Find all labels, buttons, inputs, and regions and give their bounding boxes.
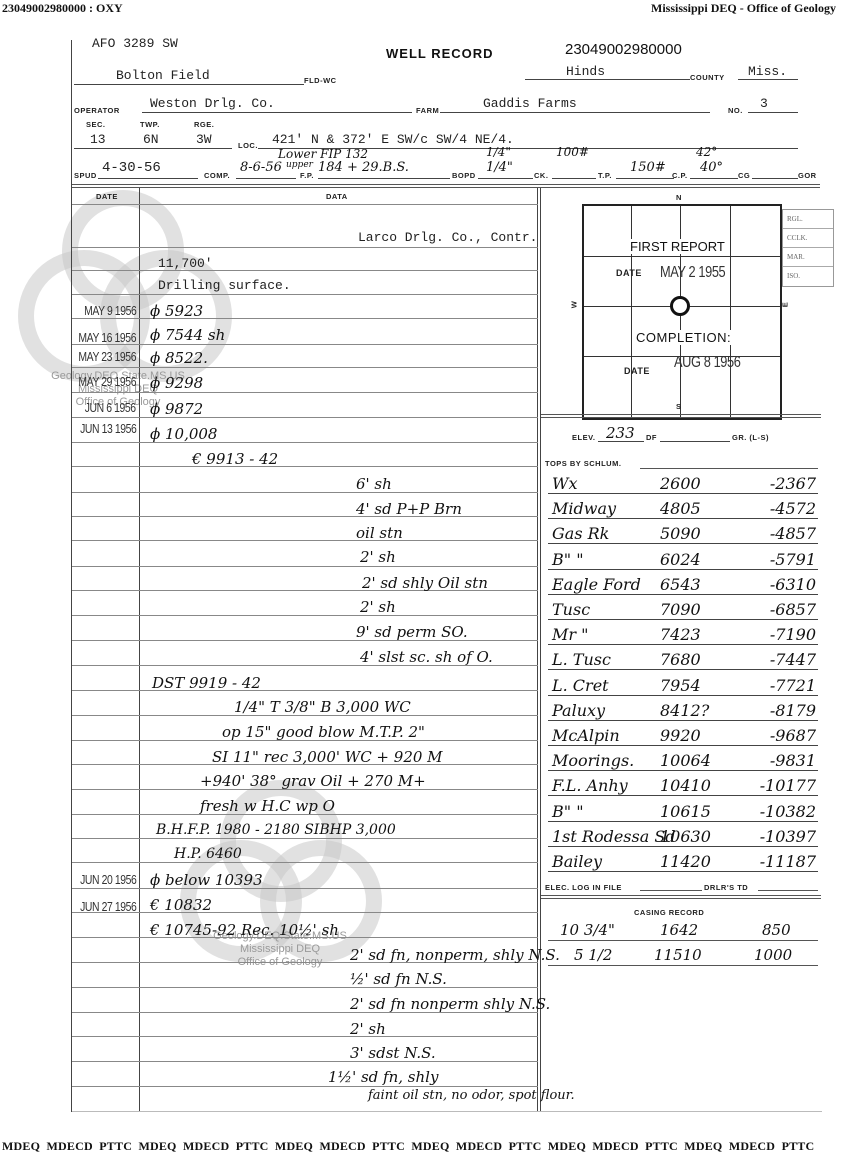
cp-label: C.P. (672, 171, 688, 180)
log-rule-line (72, 442, 538, 443)
file-reference: AFO 3289 SW (92, 36, 178, 51)
log-data: ϕ below 10393 (150, 871, 263, 889)
formation-top-row: B" "10615-10382 (548, 796, 818, 822)
formation-subsea: -5791 (770, 550, 816, 569)
rge-label: RGE. (194, 120, 214, 129)
log-date-stamp: MAY 23 1956 (78, 349, 136, 364)
log-date-stamp: JUN 20 1956 (80, 872, 136, 887)
log-data: H.P. 6460 (174, 846, 242, 862)
tp-upper-note: 100# (556, 145, 589, 159)
formation-top-row: Tusc7090-6857 (548, 594, 818, 620)
drlr-td-label: DRLR'S TD (704, 883, 748, 892)
twp-label: TWP. (140, 120, 160, 129)
spud-label: SPUD (74, 171, 97, 180)
formation-depth: 8412? (660, 701, 709, 720)
formation-subsea: -4857 (770, 524, 816, 543)
log-data: faint oil stn, no odor, spot flour. (368, 1088, 575, 1103)
formation-top-row: B" "6024-5791 (548, 544, 818, 570)
formation-name: Bailey (552, 852, 602, 871)
farm-value: Gaddis Farms (483, 96, 577, 111)
log-data: ϕ 9872 (150, 400, 203, 418)
formation-name: McAlpin (552, 726, 620, 745)
log-data: € 10832 (150, 896, 212, 914)
formation-top-row: L. Cret7954-7721 (548, 670, 818, 696)
formation-subsea: -7447 (770, 650, 816, 669)
date-column-header: DATE (96, 192, 118, 201)
formation-depth: 10615 (660, 802, 711, 821)
tp-value: 150# (630, 160, 666, 175)
comp-label: COMP. (204, 171, 230, 180)
log-data: 2' sh (360, 548, 396, 566)
api-number: 23049002980000 (565, 41, 682, 58)
formation-top-row: Eagle Ford6543-6310 (548, 569, 818, 595)
formation-name: 1st Rodessa Sd (552, 827, 676, 846)
log-rule-line (72, 204, 538, 205)
gor-label: GOR (798, 171, 817, 180)
first-report-date-label: DATE (616, 268, 642, 278)
log-rule-line (72, 888, 538, 889)
log-rule-line (72, 492, 538, 493)
formation-depth: 11420 (660, 852, 711, 871)
review-checklist: RGL. CCLK. MAR. ISO. (782, 209, 834, 287)
map-north-label: N (676, 193, 682, 202)
county-label: COUNTY (690, 73, 725, 82)
formation-top-row: F.L. Anhy10410-10177 (548, 770, 818, 796)
checklist-iso: ISO. (783, 267, 833, 285)
farm-label: FARM (416, 106, 439, 115)
log-data: 2' sh (360, 598, 396, 616)
completion-label: COMPLETION: (634, 330, 733, 345)
formation-name: B" " (552, 802, 584, 821)
casing-sacks: 850 (762, 921, 791, 939)
field-label: FLD-WC (304, 76, 337, 85)
formation-subsea: -9687 (770, 726, 816, 745)
formation-depth: 7090 (660, 600, 701, 619)
formation-subsea: -10177 (760, 776, 816, 795)
log-rule-line (72, 1036, 538, 1037)
formation-subsea: -10397 (760, 827, 816, 846)
formation-subsea: -6857 (770, 600, 816, 619)
loc-label: LOC. (238, 141, 258, 150)
elec-log-label: ELEC. LOG IN FILE (545, 883, 622, 892)
formation-depth: 10410 (660, 776, 711, 795)
log-data: € 10745-92 Rec. 10½' sh (150, 921, 339, 939)
county-value: Hinds (566, 64, 605, 79)
location-plat-map: FIRST REPORT DATE MAY 2 1955 COMPLETION:… (582, 204, 782, 420)
log-rule-line (72, 1061, 538, 1062)
sec-label: SEC. (86, 120, 106, 129)
agency-banner: Mississippi DEQ - Office of Geology (651, 1, 836, 16)
log-data: oil stn (356, 524, 403, 542)
formation-subsea: -4572 (770, 499, 816, 518)
log-data: ϕ 5923 (150, 302, 203, 320)
log-rule-line (72, 566, 538, 567)
bopd-value: 1/4" (486, 160, 513, 175)
log-rule-line (72, 417, 538, 418)
completion-date: AUG 8 1956 (674, 354, 740, 372)
log-data: ½' sd fn N.S. (350, 970, 447, 988)
formation-name: Paluxy (552, 701, 605, 720)
formation-name: Eagle Ford (552, 575, 641, 594)
log-data: 2' sh (350, 1020, 386, 1038)
casing-size: 10 3/4" (560, 921, 615, 939)
log-rule-line (72, 615, 538, 616)
formation-depth: 4805 (660, 499, 701, 518)
log-data: ϕ 8522. (150, 349, 208, 367)
log-data: 2' sd shly Oil stn (362, 574, 488, 592)
cp-upper-note: 42° (696, 145, 717, 159)
log-data: +940' 38° grav Oil + 270 M+ (200, 772, 426, 790)
document-id-banner: 23049002980000 : OXY (2, 1, 123, 16)
checklist-rgl: RGL. (783, 210, 833, 229)
log-data: 2' sd fn, nonperm, shly N.S. (350, 946, 560, 964)
log-rule-line (72, 640, 538, 641)
formation-top-row: Mr "7423-7190 (548, 619, 818, 645)
operator-label: OPERATOR (74, 106, 120, 115)
well-location-marker-icon (670, 296, 690, 316)
log-data: 1/4" T 3/8" B 3,000 WC (234, 698, 411, 716)
log-rule-line (72, 690, 538, 691)
data-column-header: DATA (326, 192, 348, 201)
log-date-stamp: MAY 9 1956 (84, 303, 136, 318)
formation-top-row: 1st Rodessa Sd10630-10397 (548, 821, 818, 847)
log-rule-line (72, 1086, 538, 1087)
log-date-stamp: JUN 13 1956 (80, 421, 136, 436)
cg-label: CG (738, 171, 750, 180)
formation-top-row: McAlpin9920-9687 (548, 720, 818, 746)
log-rule-line (72, 367, 538, 368)
log-data: 4' sd P+P Brn (356, 500, 462, 518)
checklist-mar: MAR. (783, 248, 833, 267)
lower-fp-note: Lower FIP 132 (278, 147, 368, 161)
log-data: 9' sd perm SO. (356, 623, 468, 641)
log-data: op 15" good blow M.T.P. 2" (222, 723, 425, 741)
loc-value: 421' N & 372' E SW/c SW/4 NE/4. (272, 132, 514, 147)
log-date-stamp: MAY 16 1956 (78, 330, 136, 345)
casing-sacks: 1000 (754, 946, 792, 964)
log-rule-line (72, 344, 538, 345)
operator-value: Weston Drlg. Co. (150, 96, 275, 111)
formation-depth: 6543 (660, 575, 701, 594)
comp-date: 8-6-56 (240, 160, 282, 175)
map-east-label: E (780, 302, 789, 308)
log-rule-line (72, 318, 538, 319)
fp-label: F.P. (300, 171, 314, 180)
log-date-stamp: JUN 27 1956 (80, 899, 136, 914)
log-data: 6' sh (356, 475, 392, 493)
formation-subsea: -10382 (760, 802, 816, 821)
formation-subsea: -6310 (770, 575, 816, 594)
log-data: 1½' sd fn, shly (328, 1068, 438, 1086)
formation-top-row: Wx2600-2367 (548, 468, 818, 494)
spud-date: 4-30-56 (102, 160, 161, 176)
log-data: ϕ 9298 (150, 374, 203, 392)
formation-depth: 6024 (660, 550, 701, 569)
sec-value: 13 (90, 132, 106, 147)
log-rule-line (72, 466, 538, 467)
well-no-value: 3 (760, 96, 768, 111)
formation-subsea: -8179 (770, 701, 816, 720)
gr-label: GR. (L-S) (732, 433, 769, 442)
log-rule-line (72, 540, 538, 541)
form-title: WELL RECORD (386, 46, 494, 61)
log-rule-line (72, 270, 538, 271)
log-rule-line (72, 392, 538, 393)
formation-depth: 2600 (660, 474, 701, 493)
log-data: Larco Drlg. Co., Contr. (358, 230, 537, 245)
formation-name: Midway (552, 499, 616, 518)
log-data: 3' sdst N.S. (350, 1044, 436, 1062)
log-data: 11,700' (158, 256, 213, 271)
log-rule-line (72, 516, 538, 517)
footer-agency-strip: MDEQ MDECD PTTC MDEQ MDECD PTTC MDEQ MDE… (2, 1139, 814, 1154)
formation-subsea: -2367 (770, 474, 816, 493)
formation-top-row: Bailey11420-11187 (548, 846, 818, 872)
formation-top-row: Midway4805-4572 (548, 493, 818, 519)
formation-name: Wx (552, 474, 577, 493)
log-date-stamp: JUN 6 1956 (85, 400, 136, 415)
log-data: fresh w H.C wp O (200, 797, 335, 815)
formation-name: Moorings. (552, 751, 634, 770)
formation-top-row: Gas Rk5090-4857 (548, 518, 818, 544)
field-name: Bolton Field (116, 68, 210, 83)
log-rule-line (72, 247, 538, 248)
log-data: DST 9919 - 42 (152, 674, 261, 692)
bopd-label: BOPD (452, 171, 476, 180)
casing-depth: 1642 (660, 921, 698, 939)
elev-value: 233 (606, 424, 635, 442)
df-label: DF (646, 433, 657, 442)
elev-label: ELEV. (572, 433, 595, 442)
log-data: ϕ 10,008 (150, 425, 217, 443)
formation-depth: 7680 (660, 650, 701, 669)
tops-label: TOPS BY SCHLUM. (545, 459, 621, 468)
ck-label: CK. (534, 171, 548, 180)
twp-value: 6N (143, 132, 159, 147)
formation-depth: 7954 (660, 676, 701, 695)
formation-depth: 10064 (660, 751, 711, 770)
first-report-label: FIRST REPORT (628, 239, 727, 254)
log-rule-line (72, 987, 538, 988)
formation-subsea: -11187 (760, 852, 816, 871)
formation-name: Gas Rk (552, 524, 609, 543)
formation-top-row: L. Tusc7680-7447 (548, 644, 818, 670)
formation-name: L. Cret (552, 676, 609, 695)
casing-record-label: CASING RECORD (634, 908, 704, 917)
formation-depth: 7423 (660, 625, 701, 644)
formation-depth: 5090 (660, 524, 701, 543)
log-rule-line (72, 862, 538, 863)
tp-label: T.P. (598, 171, 612, 180)
log-rule-line (72, 912, 538, 913)
formation-name: B" " (552, 550, 584, 569)
log-data: 4' slst sc. sh of O. (360, 648, 493, 666)
formation-depth: 9920 (660, 726, 701, 745)
casing-size: 5 1/2 (574, 946, 612, 964)
log-data: Drilling surface. (158, 278, 291, 293)
map-west-label: W (569, 301, 578, 309)
first-report-date: MAY 2 1955 (660, 264, 725, 282)
cp-value: 40° (700, 160, 723, 175)
log-data: 2' sd fn nonperm shly N.S. (350, 995, 550, 1013)
completion-date-label: DATE (624, 366, 650, 376)
fp-value: 184 + 29.B.S. (318, 160, 409, 175)
log-rule-line (72, 294, 538, 295)
log-rule-line (72, 838, 538, 839)
log-data: ϕ 7544 sh (150, 326, 225, 344)
bopd-upper-note: 1/4" (486, 145, 511, 159)
casing-depth: 11510 (654, 946, 702, 964)
log-data: SI 11" rec 3,000' WC + 920 M (212, 748, 443, 766)
log-data: B.H.F.P. 1980 - 2180 SIBHP 3,000 (156, 822, 396, 838)
formation-subsea: -7721 (770, 676, 816, 695)
formation-name: L. Tusc (552, 650, 611, 669)
formation-subsea: -7190 (770, 625, 816, 644)
formation-depth: 10630 (660, 827, 711, 846)
formation-subsea: -9831 (770, 751, 816, 770)
checklist-cclk: CCLK. (783, 229, 833, 248)
rge-value: 3W (196, 132, 212, 147)
map-south-label: S (676, 402, 682, 411)
formation-name: Tusc (552, 600, 590, 619)
log-date-stamp: MAY 29 1956 (78, 374, 136, 389)
formation-name: F.L. Anhy (552, 776, 628, 795)
log-data: € 9913 - 42 (192, 450, 278, 468)
formation-top-row: Paluxy8412?-8179 (548, 695, 818, 721)
well-no-label: NO. (728, 106, 743, 115)
formation-name: Mr " (552, 625, 588, 644)
formation-top-row: Moorings.10064-9831 (548, 745, 818, 771)
state-value: Miss. (748, 64, 787, 79)
